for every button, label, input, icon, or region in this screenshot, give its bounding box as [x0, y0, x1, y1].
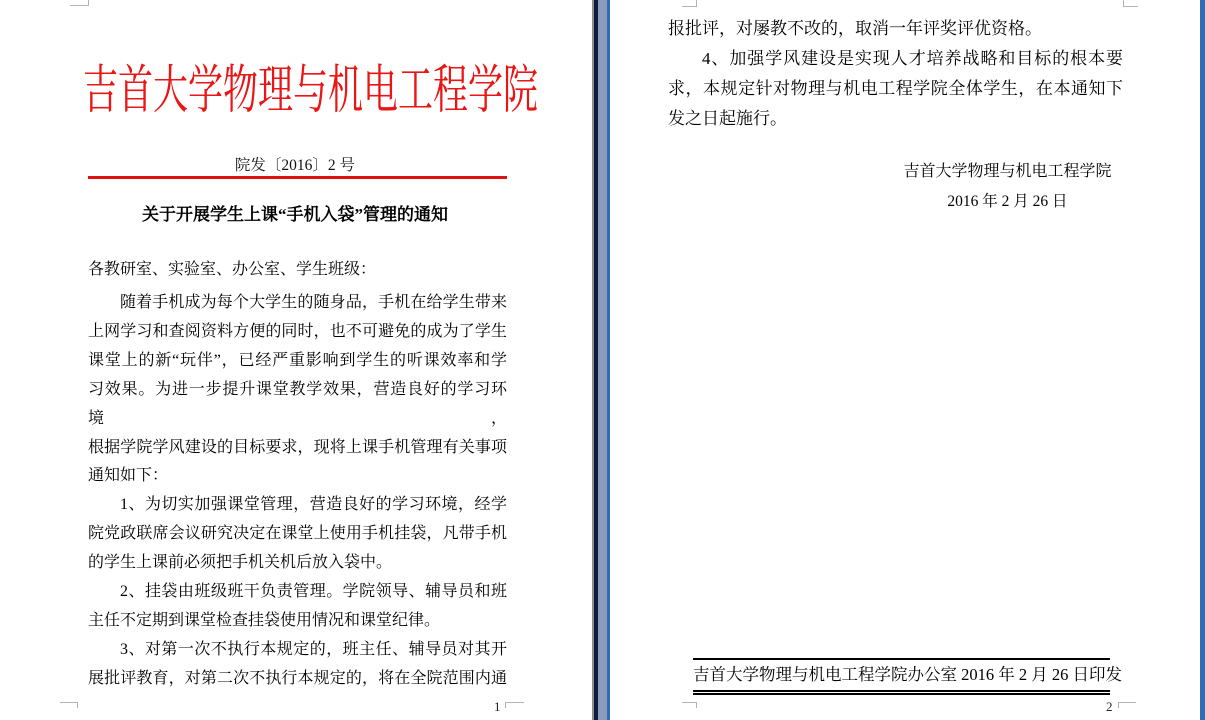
signature-block[interactable]: 吉首大学物理与机电工程学院 2016 年 2 月 26 日 — [900, 162, 1115, 212]
print-distribution-footer[interactable]: 吉首大学物理与机电工程学院办公室 2016 年 2 月 26 日印发 — [693, 658, 1110, 695]
page1-body-text[interactable]: 随着手机成为每个大学生的随身品，手机在给学生带来上网学习和查阅资料方便的同时，也… — [88, 289, 507, 694]
margin-crop-mark-bottom-right — [505, 702, 524, 708]
document-page-2[interactable]: 报批评，对屡教不改的，取消一年评奖评优资格。4、加强学风建设是实现人才培养战略和… — [610, 0, 1200, 720]
margin-crop-mark-top-right — [1123, 0, 1138, 7]
signature-date[interactable]: 2016 年 2 月 26 日 — [900, 192, 1115, 212]
letterhead-rule — [88, 176, 507, 179]
body-text-line[interactable]: 2、挂袋由班级班干负责管理。学院领导、辅导员和班 — [88, 578, 507, 607]
margin-crop-mark-top-left — [70, 0, 89, 6]
letterhead-title[interactable]: 吉首大学物理与机电工程学院 — [83, 64, 507, 117]
salutation-line[interactable]: 各教研室、实验室、办公室、学生班级： — [88, 260, 507, 280]
signature-org[interactable]: 吉首大学物理与机电工程学院 — [900, 162, 1115, 182]
body-text-line[interactable]: 1、为切实加强课堂管理，营造良好的学习环境，经学 — [88, 491, 507, 520]
notice-title[interactable]: 关于开展学生上课“手机入袋”管理的通知 — [83, 200, 507, 225]
document-number[interactable]: 院发〔2016〕2 号 — [83, 153, 507, 175]
body-text-line[interactable]: 随着手机成为每个大学生的随身品，手机在给学生带来 — [88, 289, 507, 318]
page-number-1: 1 — [494, 699, 501, 715]
body-text-line[interactable]: 主任不定期到课堂检查挂袋使用情况和课堂纪律。 — [88, 607, 507, 636]
body-text-line[interactable]: 发之日起施行。 — [668, 104, 1123, 134]
body-text-line[interactable]: 通知如下： — [88, 462, 507, 491]
document-page-1[interactable]: 吉首大学物理与机电工程学院 院发〔2016〕2 号 关于开展学生上课“手机入袋”… — [0, 0, 592, 720]
body-text-line[interactable]: 上网学习和查阅资料方便的同时，也不可避免的成为了学生 — [88, 318, 507, 347]
body-text-line[interactable]: 求，本规定针对物理与机电工程学院全体学生，在本通知下 — [668, 74, 1123, 104]
body-text-line[interactable]: 展批评教育，对第二次不执行本规定的，将在全院范围内通 — [88, 665, 507, 694]
page-number-2: 2 — [1106, 699, 1113, 715]
document-workspace: { "document": { "kind": "official-notice… — [0, 0, 1205, 720]
body-text-line[interactable]: 根据学院学风建设的目标要求，现将上课手机管理有关事项 — [88, 434, 507, 463]
body-text-line[interactable]: 课堂上的新“玩伴”，已经严重影响到学生的听课效率和学 — [88, 347, 507, 376]
page2-right-border — [1200, 0, 1205, 720]
body-text-line[interactable]: 3、对第一次不执行本规定的，班主任、辅导员对其开 — [88, 636, 507, 665]
margin-crop-mark-bottom-right — [1118, 702, 1136, 708]
margin-crop-mark-top-left — [682, 0, 697, 7]
body-text-line[interactable]: 的学生上课前必须把手机关机后放入袋中。 — [88, 549, 507, 578]
body-text-line[interactable]: 报批评，对屡教不改的，取消一年评奖评优资格。 — [668, 14, 1123, 44]
body-text-line[interactable]: 4、加强学风建设是实现人才培养战略和目标的根本要 — [668, 44, 1123, 74]
margin-crop-mark-bottom-left — [682, 702, 697, 708]
margin-crop-mark-bottom-left — [60, 702, 78, 708]
page2-body-text[interactable]: 报批评，对屡教不改的，取消一年评奖评优资格。4、加强学风建设是实现人才培养战略和… — [668, 14, 1123, 134]
body-text-line[interactable]: 习效果。为进一步提升课堂教学效果，营造良好的学习环境， — [88, 376, 507, 434]
body-text-line[interactable]: 院党政联席会议研究决定在课堂上使用手机挂袋，凡带手机 — [88, 520, 507, 549]
page-gap-background — [598, 0, 607, 720]
